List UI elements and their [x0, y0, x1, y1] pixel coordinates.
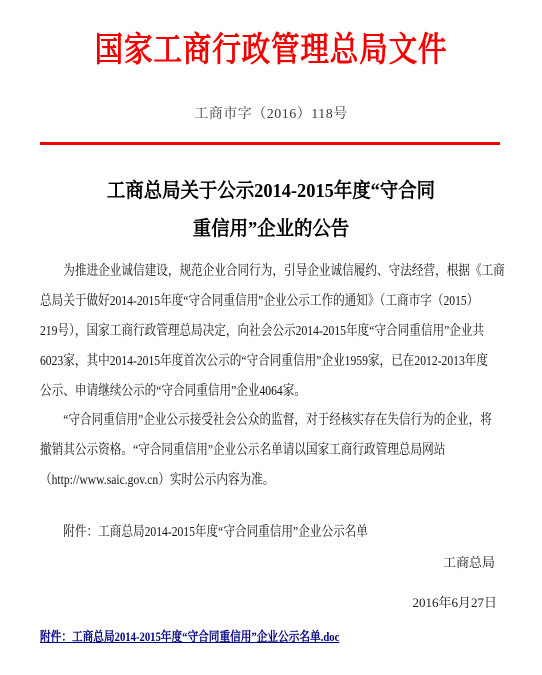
text-line: 为推进企业诚信建设，规范企业合同行为，引导企业诚信履约、守法经营，根据《工商: [40, 257, 505, 287]
red-divider-line: [40, 142, 500, 145]
text-line: 6023家，其中2014-2015年度首次公示的“守合同重信用”企业1959家，…: [40, 347, 505, 377]
document-reference-number: 工商市字（2016）118号: [0, 103, 542, 123]
text-line: 总局关于做好2014-2015年度“守合同重信用”企业公示工作的通知》（工商市字…: [40, 287, 505, 317]
announcement-title: 工商总局关于公示2014-2015年度“守合同 重信用”企业的公告: [22, 172, 521, 248]
text-line: 撤销其公示资格。“守合同重信用”企业公示名单请以国家工商行政管理总局网站: [40, 436, 505, 466]
paragraph-2: “守合同重信用”企业公示接受社会公众的监督，对于经核实存在失信行为的企业，将 撤…: [40, 406, 505, 496]
agency-letterhead-title: 国家工商行政管理总局文件: [43, 22, 498, 71]
attachment-download-link[interactable]: 附件：工商总局2014-2015年度“守合同重信用”企业公示名单.doc: [40, 626, 339, 645]
paragraph-1: 为推进企业诚信建设，规范企业合同行为，引导企业诚信履约、守法经营，根据《工商 总…: [40, 257, 505, 407]
issue-date: 2016年6月27日: [0, 592, 497, 611]
text-line: 219号），国家工商行政管理总局决定，向社会公示2014-2015年度“守合同重…: [40, 317, 505, 347]
text-line: 公示、申请继续公示的“守合同重信用”企业4064家。: [40, 377, 505, 407]
issuer-name: 工商总局: [0, 552, 495, 571]
text-line: “守合同重信用”企业公示接受社会公众的监督，对于经核实存在失信行为的企业，将: [40, 406, 505, 436]
official-document-page: 国家工商行政管理总局文件 工商市字（2016）118号 工商总局关于公示2014…: [0, 0, 542, 675]
announcement-title-line2: 重信用”企业的公告: [193, 218, 349, 240]
text-line: （http://www.saic.gov.cn）实时公示内容为准。: [40, 466, 505, 496]
attachment-note: 附件：工商总局2014-2015年度“守合同重信用”企业公示名单: [40, 518, 505, 548]
announcement-title-line1: 工商总局关于公示2014-2015年度“守合同: [107, 180, 435, 202]
